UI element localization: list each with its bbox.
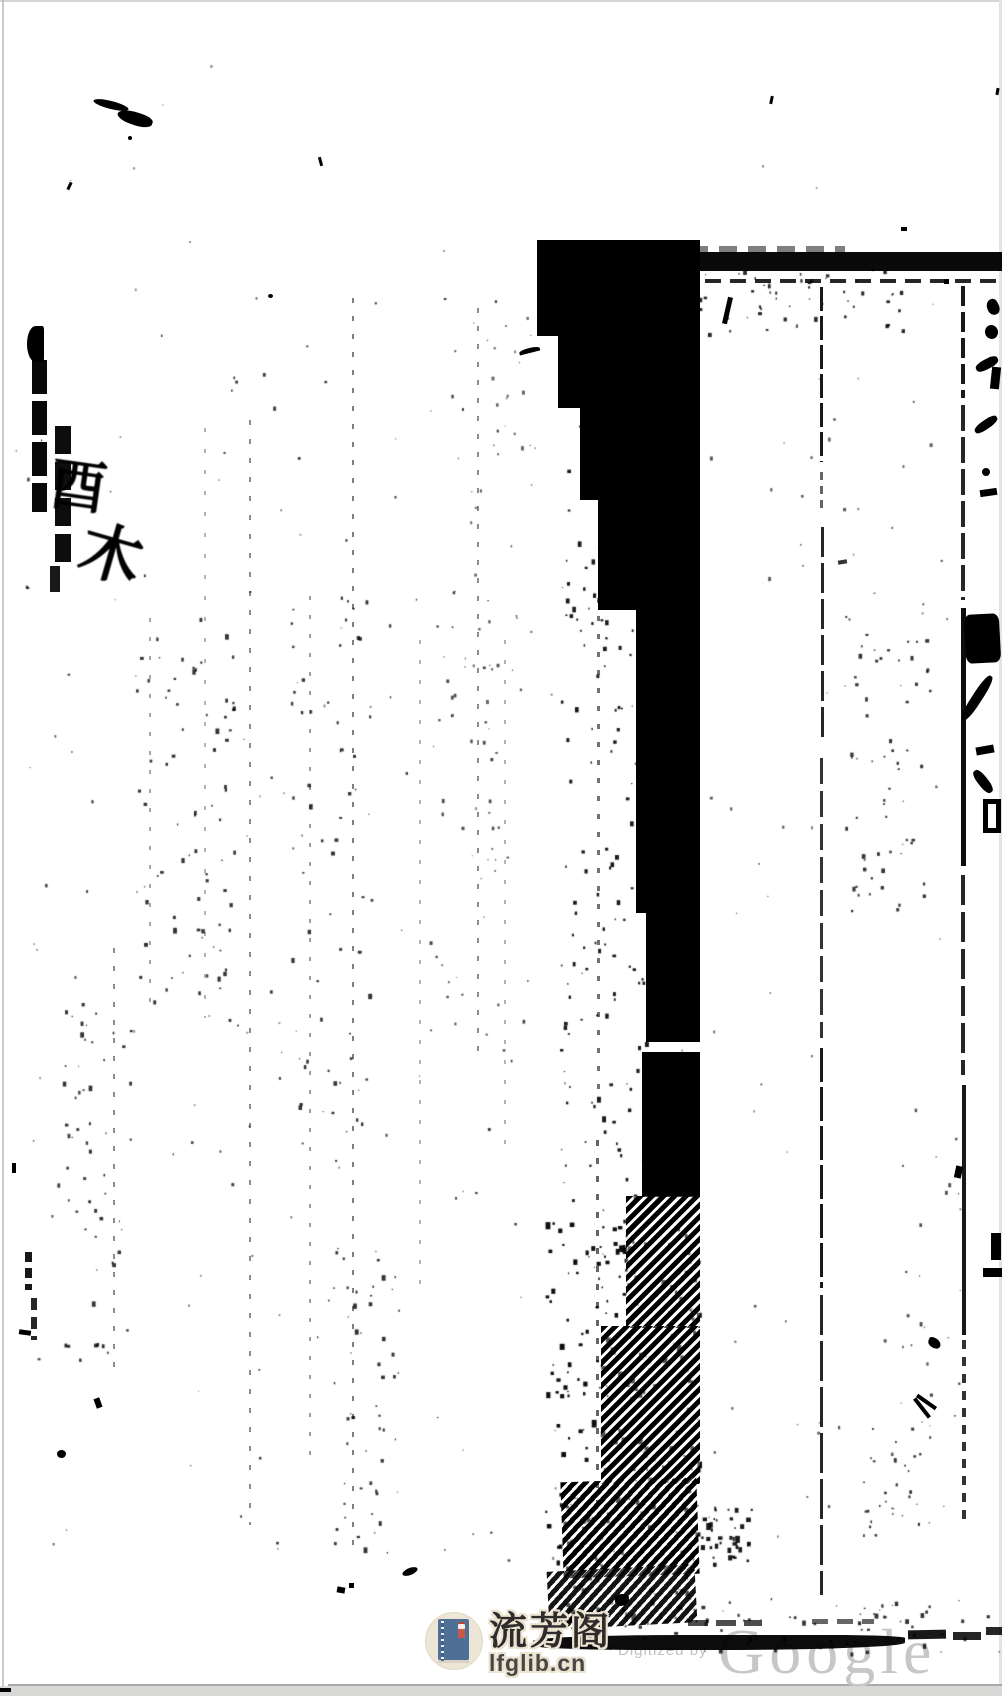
handwriting-glyph: 木 <box>73 517 150 594</box>
ghost-rule <box>477 308 479 1063</box>
column-rule <box>820 758 823 1038</box>
edge-glyph-mark <box>980 488 998 497</box>
lfglib-logo-circle <box>425 1612 483 1670</box>
ink-mark <box>93 1397 102 1408</box>
column-rule <box>821 527 824 742</box>
ink-mark <box>722 297 733 324</box>
gutter-ink <box>642 1052 700 1197</box>
lfglib-watermark-text: 流芳阁 lfglib.cn <box>489 1612 612 1677</box>
page-right-border <box>962 1340 966 1525</box>
ink-bar <box>50 566 60 592</box>
page-right-border <box>961 286 965 398</box>
book-icon <box>438 1619 469 1663</box>
ink-bar <box>31 1298 37 1340</box>
ghost-rule <box>596 1140 599 1510</box>
edge-glyph-mark <box>990 367 1001 390</box>
ghost-rule <box>352 298 354 1548</box>
gutter-ink <box>558 336 700 408</box>
bottom-streak <box>986 1627 1002 1635</box>
edge-glyph-mark <box>973 413 999 435</box>
edge-glyph-mark <box>984 324 1000 340</box>
bottom-streak <box>908 1630 946 1640</box>
gutter-ink <box>598 498 700 610</box>
ghost-rule <box>249 420 251 1525</box>
ink-dot <box>57 1450 66 1458</box>
ink-dot <box>901 227 907 231</box>
book-spine-stitches <box>441 1621 444 1661</box>
gutter-ink <box>636 608 700 913</box>
ink-mark <box>19 1329 32 1336</box>
lfglib-watermark: 流芳阁 lfglib.cn <box>425 1612 612 1677</box>
gutter-ink <box>626 1196 700 1328</box>
ink-dot <box>128 136 132 140</box>
page-right-border <box>961 875 965 1075</box>
scanned-book-page: Digitized by Google 酉木 流芳阁 lfglib.cn <box>0 0 1002 1696</box>
handwriting-glyph: 酉 <box>46 456 109 519</box>
ghost-rule <box>309 596 311 1466</box>
gutter-ink <box>580 405 700 500</box>
ink-mark <box>401 1565 418 1577</box>
ghost-rule <box>113 948 115 1378</box>
edge-glyph-mark <box>991 1233 1001 1260</box>
ink-dot <box>12 1163 16 1173</box>
gutter-ink <box>601 1326 700 1484</box>
edge-glyph-mark <box>983 1268 1002 1277</box>
ink-dot <box>268 294 273 298</box>
gutter-ink <box>537 240 700 336</box>
lfglib-site-url: lfglib.cn <box>489 1650 612 1677</box>
ink-smudge <box>116 107 154 130</box>
book-title-label <box>458 1622 465 1638</box>
ink-bar <box>25 1252 32 1290</box>
column-rule <box>820 472 823 512</box>
gutter-ink <box>560 1478 699 1579</box>
ink-dot <box>318 157 323 166</box>
edge-glyph-mark <box>971 768 996 795</box>
edge-glyph-mark <box>982 468 990 476</box>
column-rule <box>820 287 823 462</box>
ink-mark <box>0 1688 11 1692</box>
ghost-rule <box>149 618 151 1013</box>
ink-blob <box>27 326 44 362</box>
ink-dot <box>769 96 774 104</box>
ink-marks-layer: 酉木 <box>0 0 1002 1696</box>
ink-mark <box>519 346 541 356</box>
ghost-rule <box>504 640 506 1160</box>
ink-mark <box>927 1336 943 1350</box>
column-rule <box>820 1048 823 1288</box>
ghost-rule <box>597 598 600 1098</box>
edge-glyph-ring <box>983 799 1001 833</box>
lfglib-site-name: 流芳阁 <box>489 1612 612 1650</box>
ink-dot <box>349 1583 354 1588</box>
ink-bar <box>32 360 47 512</box>
ink-dot <box>66 182 72 191</box>
edge-glyph-mark <box>975 744 994 755</box>
gutter-ink <box>646 910 700 1042</box>
bottom-streak <box>812 1619 874 1624</box>
edge-glyph-mark <box>984 297 1002 317</box>
ink-dot <box>944 279 949 284</box>
ink-mark <box>838 559 848 565</box>
ink-dot <box>995 88 999 95</box>
page-right-border <box>961 405 965 600</box>
column-rule <box>820 1295 823 1595</box>
ghost-rule <box>204 428 206 1018</box>
ink-dot <box>337 1586 346 1593</box>
ghost-rule <box>419 640 421 1300</box>
page-right-border <box>962 1085 966 1335</box>
bottom-streak <box>953 1632 981 1640</box>
edge-glyph-mark <box>964 613 1002 664</box>
bottom-streak <box>688 1620 762 1626</box>
